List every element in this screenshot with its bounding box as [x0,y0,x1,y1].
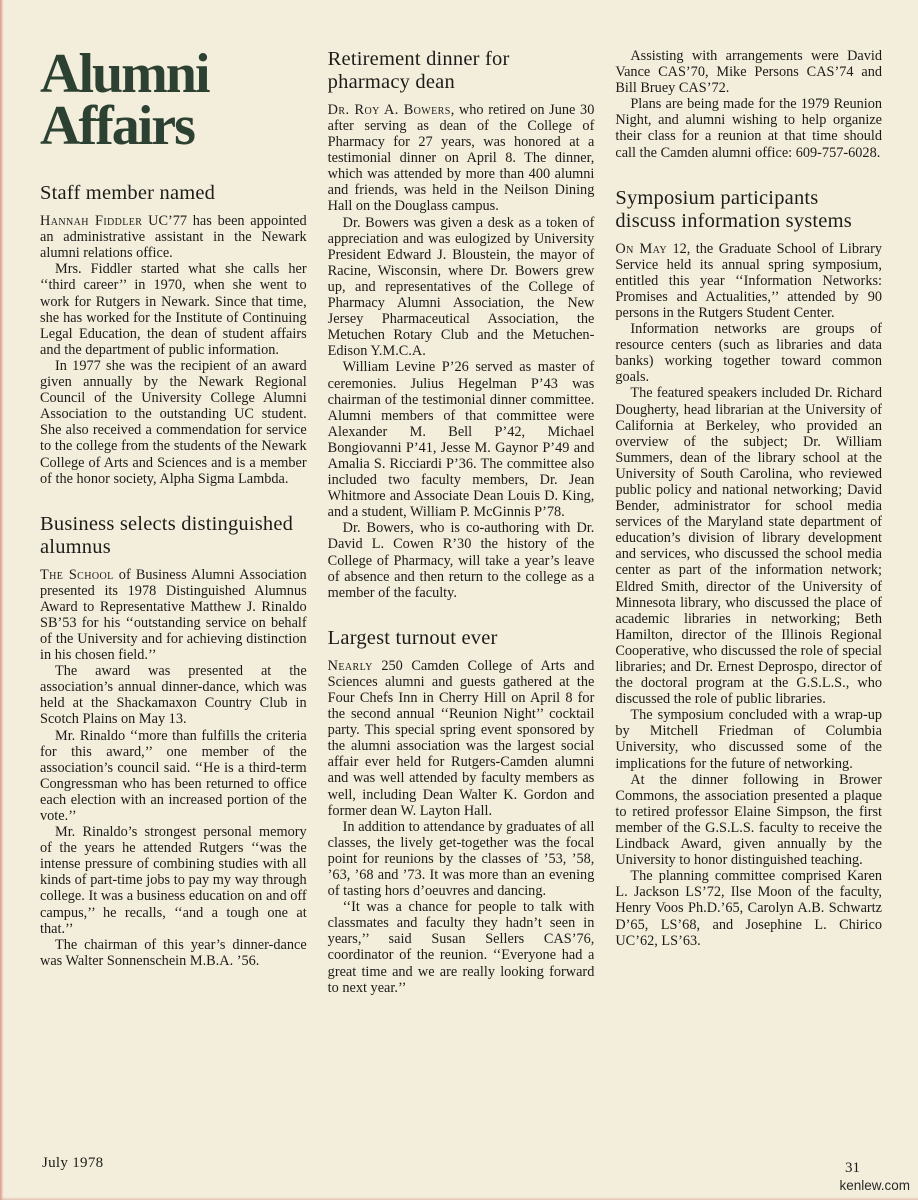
paragraph: William Levine P’26 served as master of … [328,359,595,520]
paragraph: Information networks are groups of resou… [615,321,882,385]
small-caps-lead: Dr. Roy A. Bowers [328,102,451,118]
paragraph: The planning committee comprised Karen L… [615,868,882,948]
paragraph: ‘‘It was a chance for people to talk wit… [328,899,595,996]
paragraph: The chairman of this year’s dinner-dance… [40,937,307,969]
paragraph: Assisting with arrangements were David V… [615,48,882,96]
paragraph: Dr. Bowers, who is co-authoring with Dr.… [328,520,595,600]
section-heading: Retirement dinner for pharmacy dean [328,48,595,94]
small-caps-lead: Hannah Fiddler [40,213,142,229]
section-heading: Largest turnout ever [328,627,595,650]
section-heading: Symposium participants discuss informati… [615,187,882,233]
paragraph: Hannah Fiddler UC’77 has been appointed … [40,213,307,261]
paragraph: Nearly 250 Camden College of Arts and Sc… [328,658,595,819]
column-1: AlumniAffairs Staff member namedHannah F… [40,48,307,996]
small-caps-lead: Nearly [328,658,373,674]
column-3: Assisting with arrangements were David V… [615,48,882,996]
footer-page-number: 31 [845,1160,860,1177]
page-content: AlumniAffairs Staff member namedHannah F… [40,48,882,996]
paragraph: Plans are being made for the 1979 Reunio… [615,96,882,160]
paragraph: Dr. Roy A. Bowers, who retired on June 3… [328,102,595,215]
small-caps-lead: On May [615,241,667,257]
section-heading: Staff member named [40,182,307,205]
paragraph: In 1977 she was the recipient of an awar… [40,358,307,487]
paragraph: The featured speakers included Dr. Richa… [615,385,882,707]
paragraph: At the dinner following in Brower Common… [615,772,882,869]
paragraph: Mr. Rinaldo ‘‘more than fulfills the cri… [40,728,307,825]
paragraph: The School of Business Alumni Associatio… [40,567,307,664]
watermark: kenlew.com [839,1178,910,1193]
paragraph: The award was presented at the associati… [40,663,307,727]
page-title: AlumniAffairs [40,48,307,152]
small-caps-lead: The School [40,567,114,583]
section-heading: Business selects distinguished alumnus [40,513,307,559]
paragraph: The symposium concluded with a wrap-up b… [615,707,882,771]
paragraph: Mrs. Fiddler started what she calls her … [40,261,307,358]
footer-issue-date: July 1978 [42,1155,103,1172]
paragraph: Mr. Rinaldo’s strongest personal memory … [40,824,307,937]
paragraph: Dr. Bowers was given a desk as a token o… [328,215,595,360]
page-title-line2: Affairs [40,95,194,157]
page-left-edge [0,0,4,1200]
column-2: Retirement dinner for pharmacy deanDr. R… [328,48,595,996]
paragraph: In addition to attendance by graduates o… [328,819,595,899]
paragraph: On May 12, the Graduate School of Librar… [615,241,882,321]
